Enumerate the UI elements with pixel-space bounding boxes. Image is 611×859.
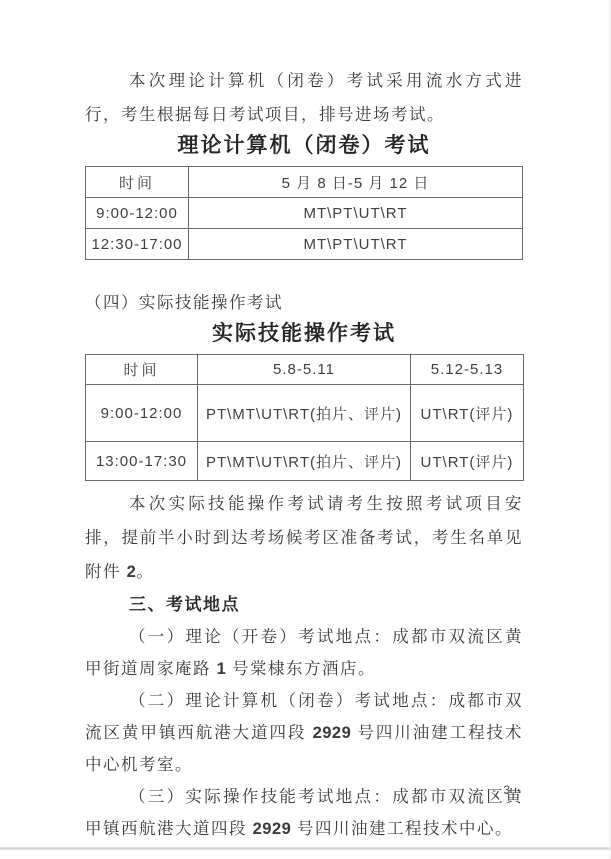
practical-exam-title: 实际技能操作考试 bbox=[85, 320, 523, 348]
subjects-cell: MT\PT\UT\RT bbox=[189, 229, 523, 260]
practical-exam-header-row: 时间 5.8-5.11 5.12-5.13 bbox=[86, 355, 524, 385]
computer-exam-title: 理论计算机（闭卷）考试 bbox=[85, 132, 523, 160]
note-text: 。 bbox=[136, 562, 154, 581]
time-cell: 9:00-12:00 bbox=[86, 385, 198, 442]
practical-exam-note: 本次实际技能操作考试请考生按照考试项目安排，提前半小时到达考场候考区准备考试，考… bbox=[85, 487, 523, 589]
page-number: - 3 - bbox=[492, 783, 523, 797]
location-street-number: 2929 bbox=[253, 820, 292, 838]
section-four-label: （四）实际技能操作考试 bbox=[85, 286, 523, 320]
period1-cell: PT\MT\UT\RT(拍片、评片) bbox=[198, 442, 411, 481]
practical-exam-table: 时间 5.8-5.11 5.12-5.13 9:00-12:00 PT\MT\U… bbox=[85, 354, 524, 481]
period2-header-cell: 5.12-5.13 bbox=[411, 355, 524, 385]
location-item-2: （二）理论计算机（闭卷）考试地点：成都市双流区黄甲镇西航港大道四段 2929 号… bbox=[85, 685, 523, 781]
computer-exam-header-row: 时间 5 月 8 日-5 月 12 日 bbox=[86, 167, 523, 198]
table-row: 9:00-12:00 PT\MT\UT\RT(拍片、评片) UT\RT(评片) bbox=[86, 385, 524, 442]
location-text: 号四川油建工程技术中心。 bbox=[291, 819, 513, 838]
time-cell: 13:00-17:30 bbox=[86, 442, 198, 481]
location-item-3: （三）实际操作技能考试地点：成都市双流区黄甲镇西航港大道四段 2929 号四川油… bbox=[85, 781, 523, 845]
intro-paragraph: 本次理论计算机（闭卷）考试采用流水方式进行，考生根据每日考试项目，排号进场考试。 bbox=[85, 64, 523, 132]
scan-bottom-edge bbox=[0, 847, 611, 850]
period1-header-cell: 5.8-5.11 bbox=[198, 355, 411, 385]
time-header-cell: 时间 bbox=[86, 167, 189, 198]
document-content: 本次理论计算机（闭卷）考试采用流水方式进行，考生根据每日考试项目，排号进场考试。… bbox=[85, 64, 523, 845]
locations-heading: 三、考试地点 bbox=[85, 589, 523, 621]
time-header-cell: 时间 bbox=[86, 355, 198, 385]
date-header-cell: 5 月 8 日-5 月 12 日 bbox=[189, 167, 523, 198]
table-row: 9:00-12:00 MT\PT\UT\RT bbox=[86, 198, 523, 229]
time-cell: 9:00-12:00 bbox=[86, 198, 189, 229]
period2-cell: UT\RT(评片) bbox=[411, 442, 524, 481]
table-row: 12:30-17:00 MT\PT\UT\RT bbox=[86, 229, 523, 260]
period2-cell: UT\RT(评片) bbox=[411, 385, 524, 442]
time-cell: 12:30-17:00 bbox=[86, 229, 189, 260]
location-item-1: （一）理论（开卷）考试地点：成都市双流区黄甲街道周家庵路 1 号棠棣东方酒店。 bbox=[85, 621, 523, 685]
period1-cell: PT\MT\UT\RT(拍片、评片) bbox=[198, 385, 411, 442]
computer-exam-table: 时间 5 月 8 日-5 月 12 日 9:00-12:00 MT\PT\UT\… bbox=[85, 166, 523, 260]
subjects-cell: MT\PT\UT\RT bbox=[189, 198, 523, 229]
scanned-document-page: 本次理论计算机（闭卷）考试采用流水方式进行，考生根据每日考试项目，排号进场考试。… bbox=[0, 0, 611, 859]
location-street-number: 1 bbox=[217, 660, 227, 678]
location-text: 号棠棣东方酒店。 bbox=[226, 659, 376, 678]
location-street-number: 2929 bbox=[313, 724, 352, 742]
note-attachment-number: 2 bbox=[127, 563, 137, 581]
table-row: 13:00-17:30 PT\MT\UT\RT(拍片、评片) UT\RT(评片) bbox=[86, 442, 524, 481]
